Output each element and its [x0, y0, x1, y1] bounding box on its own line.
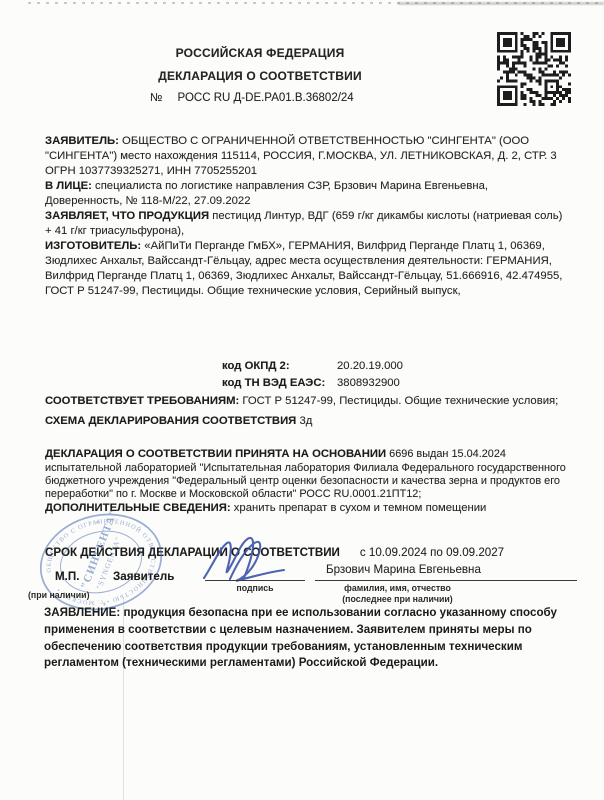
- document-line: + 41 г/кг триасульфурона),: [45, 224, 585, 239]
- declaration-scheme-line: СХЕМА ДЕКЛАРИРОВАНИЯ СООТВЕТСТВИЯ 3д: [45, 414, 312, 429]
- document-line: испытательной лабораторией "Испытательна…: [45, 462, 585, 475]
- final-statement: ЗАЯВЛЕНИЕ: продукция безопасна при ее ис…: [44, 605, 589, 672]
- stamp-place-note: (при наличии): [28, 590, 90, 600]
- scan-artifact-top-right: [398, 2, 604, 5]
- page-title: ДЕКЛАРАЦИЯ О СООТВЕТСТВИИ: [0, 69, 520, 83]
- document-line: ДЕКЛАРАЦИЯ О СООТВЕТСТВИИ ПРИНЯТА НА ОСН…: [45, 447, 585, 462]
- document-line: Доверенность, № 118-М/22, 27.09.2022: [45, 194, 585, 209]
- document-line: Зюдлихес Анхальт, Вайссандт-Гёльцау, адр…: [45, 254, 585, 269]
- declaration-number: РОСС RU Д-DE.РА01.В.36802/24: [178, 92, 354, 104]
- declaration-basis-block: ДЕКЛАРАЦИЯ О СООТВЕТСТВИИ ПРИНЯТА НА ОСН…: [45, 447, 585, 501]
- okpd-code-label: код ОКПД 2:: [222, 359, 290, 374]
- document-line: ЗАЯВЛЕНИЕ: продукция безопасна при ее ис…: [44, 605, 589, 622]
- declaration-document-page: РОССИЙСКАЯ ФЕДЕРАЦИЯ ДЕКЛАРАЦИЯ О СООТВЕ…: [0, 0, 604, 800]
- document-line: бюджетного учреждения "Федеральный центр…: [45, 475, 585, 488]
- main-paragraphs: ЗАЯВИТЕЛЬ: ОБЩЕСТВО С ОГРАНИЧЕННОЙ ОТВЕТ…: [45, 134, 585, 299]
- header-country: РОССИЙСКАЯ ФЕДЕРАЦИЯ: [0, 46, 520, 60]
- document-line: Вилфрид Перганде Платц 1, 06369, Зюдлихе…: [45, 269, 585, 284]
- signature-caption: подпись: [205, 583, 305, 593]
- document-line: ЗАЯВЛЯЕТ, ЧТО ПРОДУКЦИЯ пестицид Линтур,…: [45, 209, 585, 224]
- document-line: обеспечению соответствия продукции требо…: [44, 639, 589, 656]
- name-line: [315, 580, 577, 581]
- document-line: переработки" по г. Москве и Московской о…: [45, 488, 585, 501]
- signatory-name: Брзович Марина Евгеньевна: [326, 562, 481, 577]
- name-caption-note: (последнее при наличии): [315, 594, 480, 604]
- stamp-place-label: М.П.: [55, 569, 79, 584]
- conformity-requirements-line: СООТВЕТСТВУЕТ ТРЕБОВАНИЯМ: ГОСТ Р 51247-…: [45, 394, 558, 409]
- name-caption: фамилия, имя, отчество: [315, 583, 480, 593]
- signature-line: [205, 580, 305, 581]
- document-line: ИЗГОТОВИТЕЛЬ: «АйПиТи Перганде ГмБХ», ГЕ…: [45, 239, 585, 254]
- document-line: ГОСТ Р 51247-99, Пестициды. Общие технич…: [45, 284, 585, 299]
- applicant-label: Заявитель: [113, 569, 174, 584]
- handwritten-signature: [196, 532, 314, 584]
- document-line: ОГРН 1037739325271, ИНН 7705255201: [45, 164, 585, 179]
- document-line: "СИНГЕНТА") место нахождения 115114, РОС…: [45, 149, 585, 164]
- qr-code-icon: [497, 32, 571, 106]
- okpd-code-value: 20.20.19.000: [337, 359, 403, 374]
- document-line: В ЛИЦЕ: специалиста по логистике направл…: [45, 179, 585, 194]
- document-line: применения в соответствии с целевым назн…: [44, 622, 589, 639]
- tnved-code-label: код ТН ВЭД ЕАЭС:: [222, 376, 325, 391]
- tnved-code-value: 3808932900: [337, 376, 400, 391]
- document-line: регламентом (техническими регламентами) …: [44, 655, 589, 672]
- document-line: ЗАЯВИТЕЛЬ: ОБЩЕСТВО С ОГРАНИЧЕННОЙ ОТВЕТ…: [45, 134, 585, 149]
- declaration-number-row: № РОСС RU Д-DE.РА01.В.36802/24: [150, 91, 354, 106]
- number-sign: №: [150, 92, 162, 104]
